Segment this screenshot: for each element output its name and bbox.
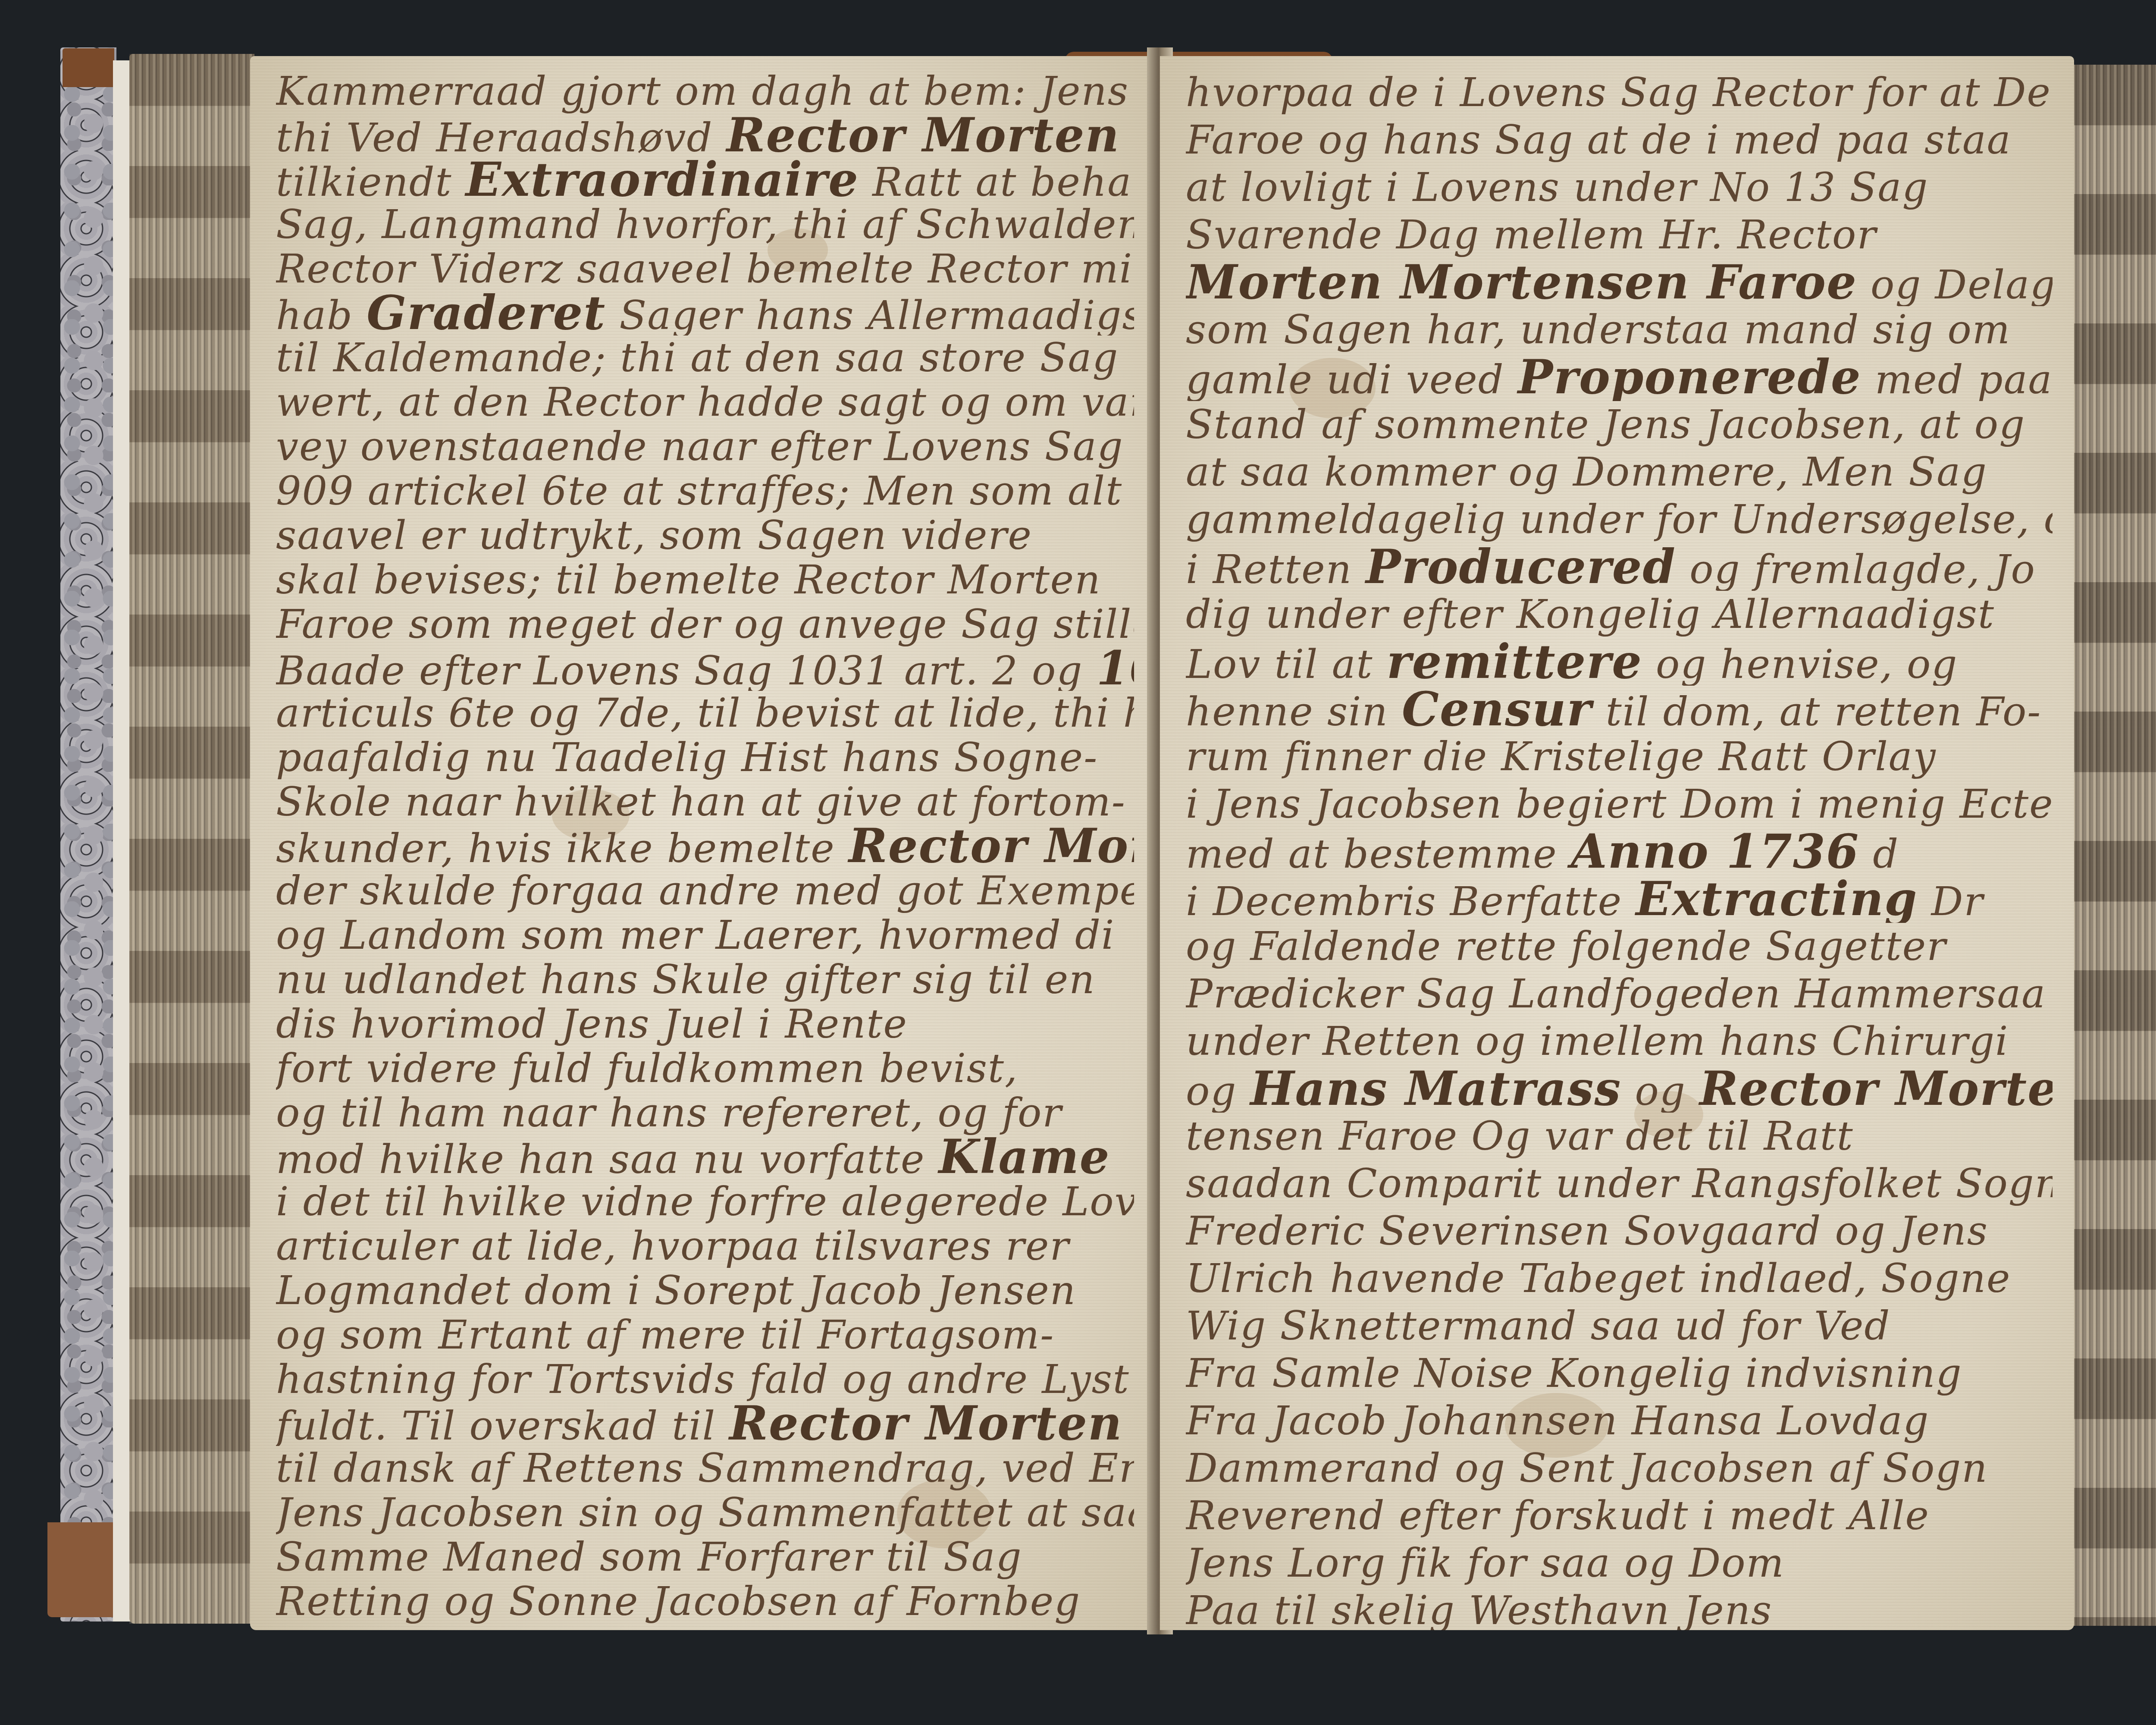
manuscript-line: dis hvorimod Jens Juel i Rente (276, 1002, 1134, 1046)
manuscript-line: Samme Maned som Forfarer til Sag (276, 1535, 1134, 1579)
manuscript-line: som Sagen har, understaa mand sig om (1186, 306, 2053, 354)
manuscript-line: Reverend efter forskudt i medt Alle (1186, 1492, 2053, 1540)
manuscript-line: og til ham naar hans refereret, og for (276, 1091, 1134, 1135)
leather-corner-top (63, 48, 114, 87)
manuscript-line: der skulde forgaa andre med got Exempel (276, 869, 1134, 913)
manuscript-line: Svarende Dag mellem Hr. Rector (1186, 211, 2053, 259)
manuscript-line: og Faldende rette folgende Sagetter (1186, 923, 2053, 970)
manuscript-line: articuls 6te og 7de, til bevist at lide,… (276, 691, 1134, 735)
manuscript-line: hab Graderet Sager hans Allermaadigste (276, 291, 1134, 336)
manuscript-line: Baade efter Lovens Sag 1031 art. 2 og 10… (276, 646, 1134, 691)
manuscript-line: henne sin Censur til dom, at retten Fo- (1186, 686, 2053, 733)
manuscript-line: i Retten Producered og fremlagde, Jo (1186, 543, 2053, 591)
manuscript-line: thi Ved Heraadshøvd Rector Morten Faroe (276, 113, 1134, 158)
right-page-text: hvorpaa de i Lovens Sag Rector for at De… (1186, 69, 2053, 1630)
manuscript-line: rum finner die Kristelige Ratt Orlay (1186, 733, 2053, 781)
manuscript-line: Faroe som meget der og anvege Sag stille (276, 602, 1134, 646)
manuscript-line: Jens Lorg fik for saa og Dom (1186, 1540, 2053, 1587)
manuscript-line: og Hans Matrass og Rector Morten Mor- (1186, 1065, 2053, 1113)
manuscript-line: fort videre fuld fuldkommen bevist, (276, 1046, 1134, 1091)
manuscript-line: tensen Faroe Og var det til Ratt (1186, 1113, 2053, 1160)
left-page-text: Kammerraad gjort om dagh at bem: Jens Ja… (276, 69, 1134, 1624)
manuscript-line: Retting og Sonne Jacobsen af Fornbeg (276, 1579, 1134, 1624)
manuscript-line: i Decembris Berfatte Extracting Dr (1186, 875, 2053, 923)
manuscript-line: Faroe og hans Sag at de i med paa staa (1186, 116, 2053, 164)
manuscript-line: Rector Viderz saaveel bemelte Rector mit (276, 247, 1134, 291)
manuscript-line: at saa kommer og Dommere, Men Sag (1186, 448, 2053, 496)
manuscript-line: mod hvilke han saa nu vorfatte Klame (276, 1135, 1134, 1179)
manuscript-line: i Jens Jacobsen begiert Dom i menig Ecte (1186, 781, 2053, 828)
manuscript-line: Kammerraad gjort om dagh at bem: Jens Ja… (276, 69, 1134, 113)
manuscript-line: Paa til skelig Westhavn Jens (1186, 1587, 2053, 1630)
manuscript-line: at lovligt i Lovens under No 13 Sag (1186, 164, 2053, 211)
manuscript-line: Dammerand og Sent Jacobsen af Sogn (1186, 1445, 2053, 1492)
manuscript-line: vey ovenstaaende naar efter Lovens Sag (276, 424, 1134, 469)
manuscript-line: dig under efter Kongelig Allernaadigst (1186, 591, 2053, 638)
manuscript-line: 909 artickel 6te at straffes; Men som al… (276, 469, 1134, 513)
manuscript-line: og Landom som mer Laerer, hvormed di (276, 913, 1134, 957)
left-page: Kammerraad gjort om dagh at bem: Jens Ja… (250, 56, 1156, 1630)
manuscript-line: gamle udi veed Proponerede med paa (1186, 354, 2053, 401)
manuscript-line: skal bevises; til bemelte Rector Morten (276, 558, 1134, 602)
right-page: hvorpaa de i Lovens Sag Rector for at De… (1160, 56, 2074, 1630)
manuscript-line: Ulrich havende Tabeget indlaed, Sogne (1186, 1255, 2053, 1302)
manuscript-line: til Kaldemande; thi at den saa store Sag (276, 336, 1134, 380)
manuscript-line: paafaldig nu Taadelig Hist hans Sogne- (276, 735, 1134, 780)
manuscript-line: Stand af sommente Jens Jacobsen, at og (1186, 401, 2053, 448)
manuscript-line: articuler at lide, hvorpaa tilsvares rer (276, 1224, 1134, 1268)
manuscript-line: Jens Jacobsen sin og Sammenfattet at saa (276, 1490, 1134, 1535)
manuscript-line: Logmandet dom i Sorept Jacob Jensen (276, 1268, 1134, 1313)
manuscript-line: til dansk af Rettens Sammendrag, ved Emb (276, 1446, 1134, 1490)
manuscript-line: nu udlandet hans Skule gifter sig til en (276, 957, 1134, 1002)
manuscript-spread: Da edi Famu ssen Procedur men dehen hr. … (0, 0, 2156, 1725)
flyleaf (113, 60, 130, 1621)
page-edges-right (2070, 65, 2156, 1626)
manuscript-line: saavel er udtrykt, som Sagen videre (276, 513, 1134, 558)
manuscript-line: Skole naar hvilket han at give at fortom… (276, 780, 1134, 824)
manuscript-line: gammeldagelig under for Undersøgelse, og… (1186, 496, 2053, 543)
manuscript-line: Sag, Langmand hvorfor, thi af Schwaldend… (276, 202, 1134, 247)
marbled-cover-left (60, 47, 116, 1621)
manuscript-line: og som Ertant af mere til Fortagsom- (276, 1313, 1134, 1357)
manuscript-line: hastning for Tortsvids fald og andre Lys… (276, 1357, 1134, 1402)
manuscript-line: skunder, hvis ikke bemelte Rector Morten… (276, 824, 1134, 869)
manuscript-line: Morten Mortensen Faroe og Delager (1186, 259, 2053, 306)
manuscript-line: i det til hvilke vidne forfre alegerede … (276, 1179, 1134, 1224)
manuscript-line: Wig Sknettermand saa ud for Ved (1186, 1302, 2053, 1350)
manuscript-line: under Retten og imellem hans Chirurgi (1186, 1018, 2053, 1065)
manuscript-line: saadan Comparit under Rangsfolket Sogn (1186, 1160, 2053, 1207)
manuscript-line: Frederic Severinsen Sovgaard og Jens (1186, 1207, 2053, 1255)
manuscript-line: Fra Jacob Johannsen Hansa Lovdag (1186, 1397, 2053, 1445)
manuscript-line: fuldt. Til overskad til Rector Morten Fa… (276, 1402, 1134, 1446)
manuscript-line: med at bestemme Anno 1736 d (1186, 828, 2053, 875)
manuscript-line: Lov til at remittere og henvise, og (1186, 638, 2053, 686)
manuscript-line: wert, at den Rector hadde sagt og om var… (276, 380, 1134, 424)
manuscript-line: tilkiendt Extraordinaire Ratt at behand (276, 158, 1134, 202)
page-edges-left (129, 54, 254, 1624)
manuscript-line: hvorpaa de i Lovens Sag Rector for at De… (1186, 69, 2053, 116)
manuscript-line: Prædicker Sag Landfogeden Hammersaa (1186, 970, 2053, 1018)
manuscript-line: Fra Samle Noise Kongelig indvisning (1186, 1350, 2053, 1397)
